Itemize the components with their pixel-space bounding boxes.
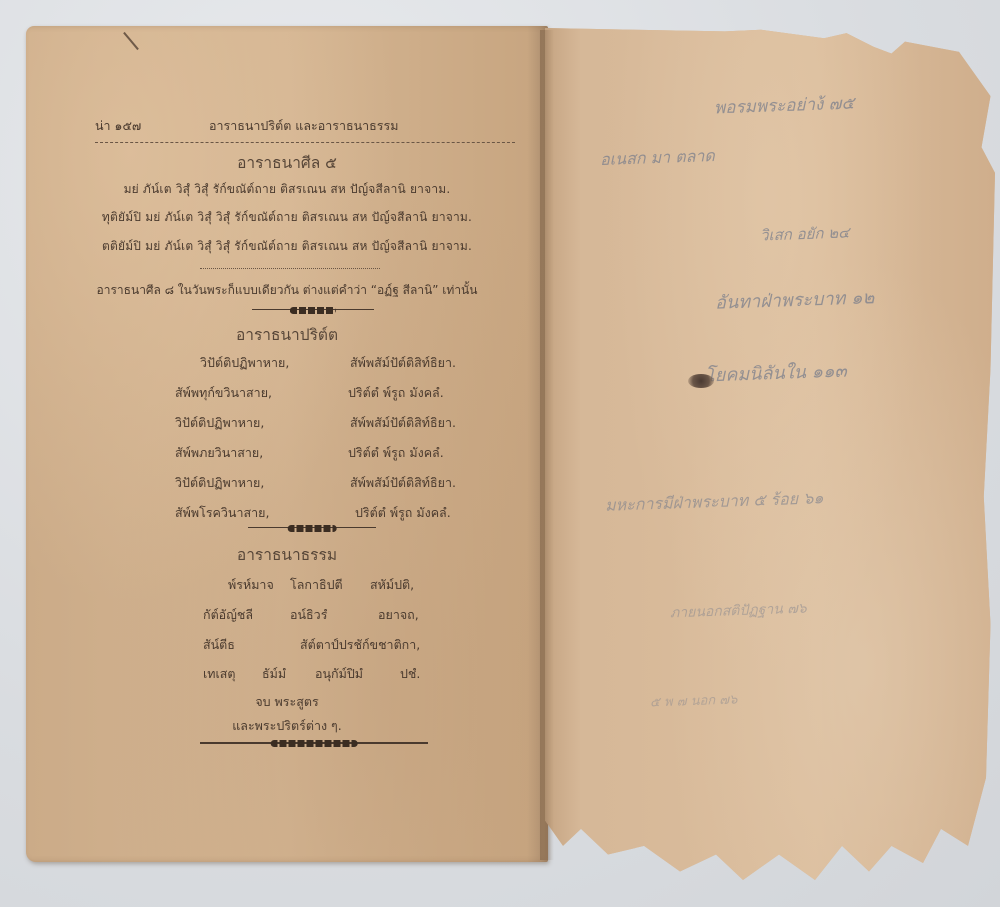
sila-line-1: มย่ ภัน์เต วิสุํ วิสุํ รัก์ขณัต์ถาย ติสร… <box>26 180 548 199</box>
dhamma-title: อาราธนาธรรม <box>26 542 548 567</box>
paritta-left-2: สัพ์พทุก์ขวินาสาย, <box>175 383 272 403</box>
ornament-divider-2 <box>248 527 376 528</box>
paritta-right-3: สัพ์พสัม์ปัต์ติสิท์ธิยา. <box>350 413 456 433</box>
paritta-right-1: สัพ์พสัม์ปัต์ติสิท์ธิยา. <box>350 353 456 373</box>
paritta-left-4: สัพ์พภยวินาสาย, <box>175 443 263 463</box>
paritta-left-1: วิปัต์ติปฏิพาหาย, <box>200 353 289 373</box>
paritta-right-4: ปริต์ตํ พ์รูถ มังคลํ. <box>348 443 444 463</box>
ornament-end-rule <box>200 742 428 744</box>
paritta-right-6: ปริต์ตํ พ์รูถ มังคลํ. <box>355 503 451 523</box>
dhamma-4-d: ปชํ. <box>400 664 420 684</box>
sila-title: อาราธนาศีล ๕ <box>26 150 548 175</box>
ornament-divider-1 <box>252 309 374 310</box>
paritta-right-5: สัพ์พสัม์ปัต์ติสิท์ธิยา. <box>350 473 456 493</box>
closing-line-2: และพระปริตร์ต่าง ๆ. <box>26 716 548 736</box>
handwritten-note-8: ๕ พ ๗ นอก ๗๖ <box>650 688 738 712</box>
dhamma-4-c: อนุกัม์ปิมํ <box>315 664 363 684</box>
paritta-left-6: สัพ์พโรควินาสาย, <box>175 503 269 523</box>
dhamma-2-a: กัต์อัญ์ชลี <box>203 605 253 625</box>
paritta-title: อาราธนาปริต์ต <box>26 322 548 347</box>
running-title: อาราธนาปริต์ต และอาราธนาธรรม <box>209 118 399 133</box>
dhamma-2-b: อน์ธิวรํ <box>290 605 327 625</box>
paritta-right-2: ปริต์ตํ พ์รูถ มังคลํ. <box>348 383 444 403</box>
closing-line-1: จบ พระสูตร <box>26 692 548 712</box>
handwritten-note-3: วิเสก อยัก ๒๔ <box>760 220 850 247</box>
dhamma-3-b: สัต์ตาป์ปรชัก์ขชาติกา, <box>300 635 420 655</box>
sila-8-note: อาราธนาศีล ๘ ในวันพระก็แบบเดียวกัน ต่างแ… <box>26 281 548 300</box>
handwritten-note-2: อเนสก มา ตลาด <box>600 144 716 173</box>
sila-line-2: ทุติยัม์ปิ มย่ ภัน์เต วิสุํ วิสุํ รัก์ขณ… <box>26 208 548 227</box>
dhamma-1-b: โลกาธิปตี <box>290 575 343 595</box>
dhamma-4-b: ธัม์มํ <box>262 664 286 684</box>
dhamma-3-a: สัน์ตีธ <box>203 635 235 655</box>
handwritten-note-4: อันทาฝ่าพระบาท ๑๒ <box>715 282 875 317</box>
dhamma-1-c: สหัม์ปติ, <box>370 575 414 595</box>
page-number: น่า ๑๕๗ <box>95 116 205 136</box>
dhamma-4-a: เทเสตุ <box>203 664 236 684</box>
sila-line-3: ตติยัม์ปิ มย่ ภัน์เต วิสุํ วิสุํ รัก์ขณั… <box>26 237 548 256</box>
handwritten-note-1: พอรมพระอย่าง้ ๗๕ <box>714 90 855 122</box>
ink-stain <box>688 374 714 388</box>
dhamma-2-c: อยาจถ, <box>378 605 419 625</box>
dhamma-1-a: พ์รห์มาจ <box>228 575 274 595</box>
running-header: น่า ๑๕๗ อาราธนาปริต์ต และอาราธนาธรรม <box>95 116 515 143</box>
dotted-divider <box>200 268 380 269</box>
paritta-left-3: วิปัต์ติปฏิพาหาย, <box>175 413 264 433</box>
handwritten-note-5: โยคมนิลันใน ๑๑๓ <box>705 356 848 390</box>
paritta-left-5: วิปัต์ติปฏิพาหาย, <box>175 473 264 493</box>
